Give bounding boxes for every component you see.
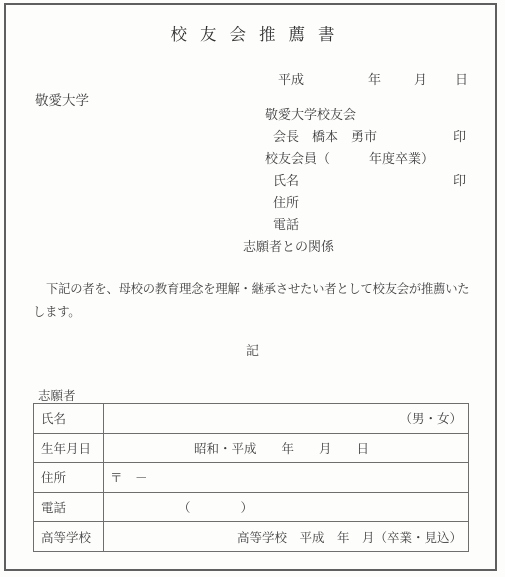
date-month-label: 月 <box>414 69 427 88</box>
statement-line-2: します。 <box>33 301 469 324</box>
date-year-label: 年 <box>368 69 381 88</box>
date-day-label: 日 <box>455 69 468 88</box>
row-value-phone: （ ） <box>104 492 469 522</box>
applicant-highschool-row: 高等学校 高等学校 平成 年 月（卒業・見込） <box>34 522 469 552</box>
member-address-label: 住所 <box>265 192 470 214</box>
member-graduation-line: 校友会員（ 年度卒業） <box>265 148 470 170</box>
row-value-address: 〒 － <box>104 463 469 493</box>
recommendation-statement: 下記の者を、母校の教育理念を理解・継承させたい者として校友会が推薦いた します。 <box>33 278 469 323</box>
statement-line-1: 下記の者を、母校の教育理念を理解・継承させたい者として校友会が推薦いた <box>33 278 469 301</box>
university-name: 敬愛大学 <box>35 89 89 109</box>
ki-separator: 記 <box>0 340 505 359</box>
president-name: 会長 橋本 勇市 <box>273 129 377 144</box>
recommender-signature-block: 敬愛大学校友会 会長 橋本 勇市 印 校友会員（ 年度卒業） 氏名 印 住所 電… <box>265 104 470 258</box>
row-value-gender: （男・女） <box>104 404 469 434</box>
alumni-association-name: 敬愛大学校友会 <box>265 104 470 126</box>
applicant-birthdate-row: 生年月日 昭和・平成 年 月 日 <box>34 433 469 463</box>
applicant-phone-row: 電話 （ ） <box>34 492 469 522</box>
member-name-line: 氏名 印 <box>265 170 470 192</box>
row-label-highschool: 高等学校 <box>34 522 104 552</box>
applicant-info-table: 氏名 （男・女） 生年月日 昭和・平成 年 月 日 住所 〒 － 電話 （ ） … <box>33 403 469 552</box>
applicant-address-row: 住所 〒 － <box>34 463 469 493</box>
applicant-name-row: 氏名 （男・女） <box>34 404 469 434</box>
row-label-phone: 電話 <box>34 492 104 522</box>
president-line: 会長 橋本 勇市 印 <box>265 126 470 148</box>
row-value-birthdate: 昭和・平成 年 月 日 <box>104 433 469 463</box>
document-title: 校友会推薦書 <box>0 21 505 45</box>
applicant-section-label: 志願者 <box>38 386 76 404</box>
member-seal-mark: 印 <box>453 170 466 192</box>
scanned-recommendation-form: 校友会推薦書 平成 年 月 日 敬愛大学 敬愛大学校友会 会長 橋本 勇市 印 … <box>0 0 505 577</box>
row-label-address: 住所 <box>34 463 104 493</box>
member-name-label: 氏名 <box>273 173 299 188</box>
row-label-name: 氏名 <box>34 404 104 434</box>
member-phone-label: 電話 <box>265 214 470 236</box>
row-value-highschool: 高等学校 平成 年 月（卒業・見込） <box>104 522 469 552</box>
row-label-birthdate: 生年月日 <box>34 433 104 463</box>
president-seal-mark: 印 <box>453 126 466 148</box>
relation-to-applicant-label: 志願者との関係 <box>243 236 470 258</box>
date-era-label: 平成 <box>278 69 304 88</box>
